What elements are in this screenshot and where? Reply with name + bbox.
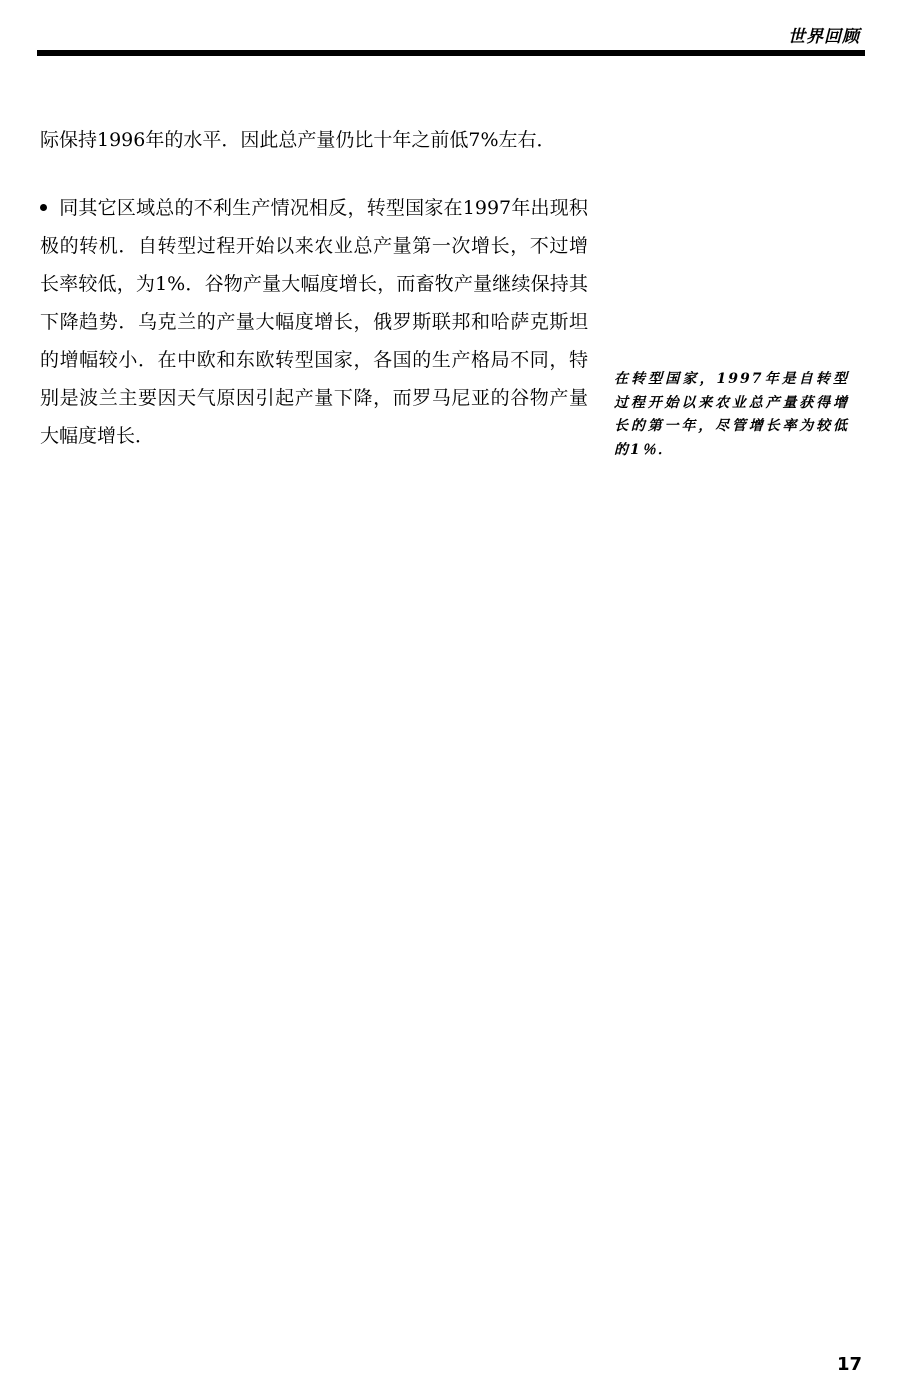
running-head: 世界回顾 — [770, 22, 860, 47]
header-rule — [37, 50, 865, 56]
bullet-icon — [40, 204, 47, 211]
paragraph-text: 同其它区域总的不利生产情况相反，转型国家在1997年出现积极的转机．自转型过程开… — [40, 197, 588, 447]
paragraph-continued: 际保持1996年的水平．因此总产量仍比十年之前低7%左右． — [40, 121, 588, 159]
main-column: 际保持1996年的水平．因此总产量仍比十年之前低7%左右． 同其它区域总的不利生… — [40, 121, 588, 455]
paragraph-text: 际保持1996年的水平．因此总产量仍比十年之前低7%左右． — [40, 129, 556, 151]
margin-note: 在转型国家，1997年是自转型过程开始以来农业总产量获得增长的第一年，尽管增长率… — [614, 368, 849, 462]
paragraph-bulleted: 同其它区域总的不利生产情况相反，转型国家在1997年出现积极的转机．自转型过程开… — [40, 189, 588, 455]
page-number: 17 — [828, 1354, 862, 1375]
